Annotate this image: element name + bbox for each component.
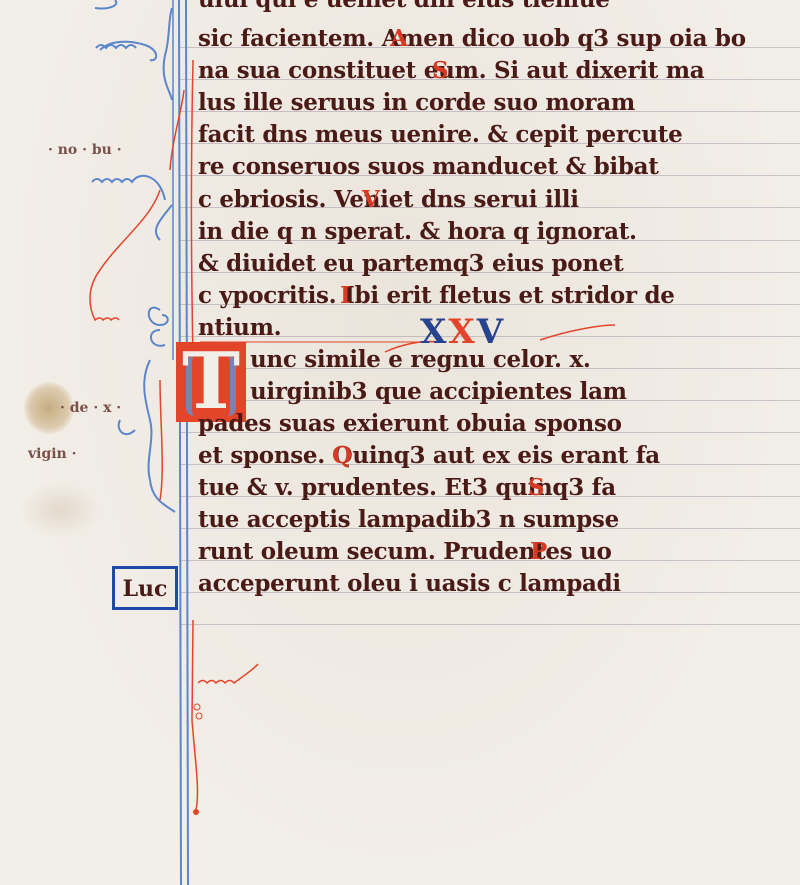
text-line-6: re conseruos suos manducet & bibat [198, 153, 659, 181]
text-line-7: c ebriosis. Veniet dns serui illi [198, 186, 579, 214]
cross-reference-box: Luc [112, 566, 178, 610]
text-line-19: acceperunt oleu i uasis c lampadi [198, 570, 621, 598]
text-line-16: tue & v. prudentes. Et3 quinq3 fa [198, 474, 616, 502]
rubric-letter: I [340, 282, 350, 310]
rubric-letter: S [528, 474, 544, 502]
rubric-letter: A [390, 25, 408, 53]
manuscript-page: uiui qui e ueniet dni eius tiemue sic fa… [0, 0, 800, 885]
marginal-note-top: · no · bu · [48, 142, 122, 158]
text-line-10: c ypocritis. Ibi erit fletus et stridor … [198, 282, 675, 310]
text-line-5: facit dns meus uenire. & cepit percute [198, 121, 682, 149]
rubric-letter: S [432, 57, 448, 85]
text-line-9: & diuidet eu partemq3 eius ponet [198, 250, 623, 278]
text-line-12: unc simile e regnu celor. x. [250, 346, 591, 374]
text-line-15: et sponse. Quinq3 aut ex eis erant fa [198, 442, 660, 470]
text-line-4: lus ille seruus in corde suo moram [198, 89, 635, 117]
text-line-17: tue acceptis lampadib3 n sumpse [198, 506, 619, 534]
text-line-18: runt oleum secum. Prudentes uo [198, 538, 611, 566]
marginal-note-mid-2: vigin · [28, 446, 77, 462]
text-line-8: in die q n sperat. & hora q ignorat. [198, 218, 637, 246]
text-line-3: na sua constituet eum. Si aut dixerit ma [198, 57, 704, 85]
rubric-letter: V [362, 186, 380, 214]
marginal-note-mid-1: · de · x · [60, 400, 121, 416]
rubric-letter: Q [332, 442, 352, 470]
text-line-2: sic facientem. Amen dico uob q3 sup oia … [198, 25, 746, 53]
text-line-14: pades suas exierunt obuia sponso [198, 410, 622, 438]
text-line-1: uiui qui e ueniet dni eius tiemue [198, 0, 610, 14]
rubric-letter: P [530, 538, 547, 566]
text-line-13: uirginib3 que accipientes lam [250, 378, 627, 406]
